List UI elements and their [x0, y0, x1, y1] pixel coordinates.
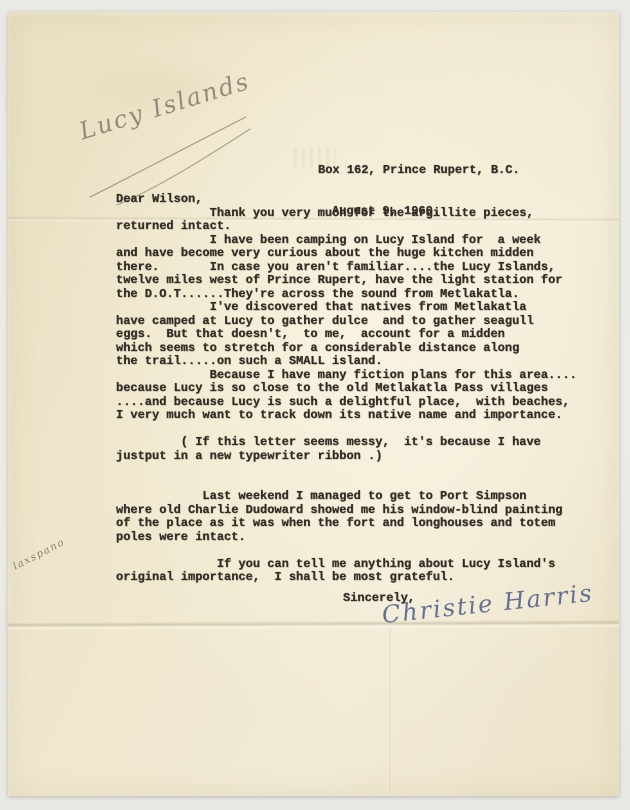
sender-address: Box 162, Prince Rupert, B.C. — [318, 164, 520, 178]
letter-body: Dear Wilson, Thank you very much for the… — [116, 193, 577, 585]
fold-crease-vertical — [389, 628, 392, 794]
scanner-background: Lucy Islands Box 162, Prince Rupert, B.C… — [0, 0, 630, 810]
